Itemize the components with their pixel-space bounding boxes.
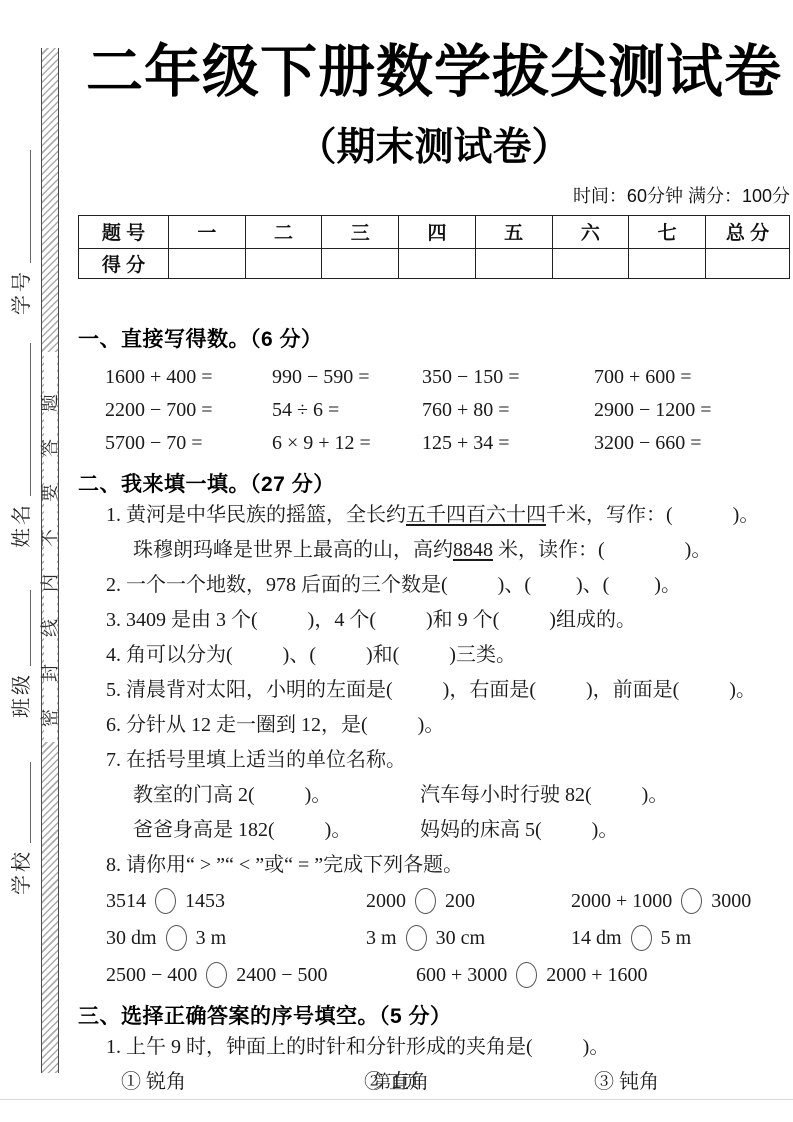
question-2-7: 7. 在括号里填上适当的单位名称。 — [78, 743, 790, 778]
question-text: 1. 黄河是中华民族的摇篮，全长约 — [106, 504, 406, 526]
seal-field-name: 姓名 — [10, 343, 34, 548]
comparison-item: 2500 − 400 2400 − 500 — [106, 957, 416, 994]
seal-field-student-number: 学号 — [10, 150, 34, 315]
score-table-header-row: 题 号 一 二 三 四 五 六 七 总 分 — [79, 215, 790, 248]
comparison-row-1: 3514 1453 2000 200 2000 + 1000 3000 — [78, 883, 790, 920]
comparison-item: 30 dm 3 m — [106, 920, 366, 957]
question-2-3: 3. 3409 是由 3 个( )，4 个( )和 9 个( )组成的。 — [78, 603, 790, 638]
question-text: 米，读作：( )。 — [493, 539, 711, 561]
score-blank-cell — [245, 248, 322, 278]
question-2-7-units-line1: 教室的门高 2( )。 汽车每小时行驶 82( )。 — [78, 778, 790, 813]
comparison-item: 2000 200 — [366, 883, 571, 920]
score-row-label: 得 分 — [79, 248, 169, 278]
score-table-score-row: 得 分 — [79, 248, 790, 278]
section2-heading: 二、我来填一填。（27 分） — [78, 468, 790, 498]
unit-fill-item: 妈妈的床高 5( )。 — [420, 813, 790, 848]
comparison-item: 3514 1453 — [106, 883, 366, 920]
question-2-2: 2. 一个一个地数，978 后面的三个数是( )、( )、( )。 — [78, 568, 790, 603]
question-text: 珠穆朗玛峰是世界上最高的山，高约 — [133, 539, 453, 561]
question-3-1: 1. 上午 9 时，钟面上的时针和分针形成的夹角是( )。 — [78, 1030, 790, 1065]
seal-line-text: 密封线内不要答题 — [44, 352, 57, 742]
exam-content: 二年级下册数学拔尖测试卷 （期末测试卷） 时间：60分钟 满分：100分 题 号… — [78, 0, 790, 1100]
score-table-header-cell: 三 — [322, 215, 399, 248]
exam-paper-page: 密封线内不要答题 学号 姓名 班级 学校 二年级下册数学拔尖测试卷 （期末测试卷… — [0, 0, 793, 1122]
score-table-header-cell: 五 — [475, 215, 552, 248]
comparison-right: 2400 − 500 — [231, 964, 327, 986]
comparison-circle-blank — [166, 925, 187, 951]
comparison-left: 3 m — [366, 927, 402, 949]
comparison-left: 30 dm — [106, 927, 162, 949]
comparison-item: 14 dm 5 m — [571, 920, 790, 957]
unit-fill-item: 爸爸身高是 182( )。 — [133, 813, 420, 848]
arithmetic-item: 700 + 600 = — [594, 361, 790, 394]
comparison-right: 30 cm — [431, 927, 485, 949]
comparison-item: 600 + 3000 2000 + 1600 — [416, 957, 790, 994]
exam-time-score-info: 时间：60分钟 满分：100分 — [78, 182, 790, 208]
score-blank-cell — [399, 248, 476, 278]
unit-fill-item: 汽车每小时行驶 82( )。 — [420, 778, 790, 813]
comparison-right: 200 — [440, 890, 475, 912]
page-number: 第1页 — [0, 1068, 793, 1094]
comparison-row-3: 2500 − 400 2400 − 500 600 + 3000 2000 + … — [78, 957, 790, 994]
comparison-circle-blank — [406, 925, 427, 951]
comparison-circle-blank — [516, 962, 537, 988]
comparison-item: 3 m 30 cm — [366, 920, 571, 957]
underlined-text: 五千四百六十四 — [406, 504, 546, 526]
seal-field-name-label: 姓名 — [5, 502, 34, 548]
seal-field-class-blank — [29, 590, 31, 666]
underlined-text: 8848 — [453, 539, 493, 561]
exam-subtitle: （期末测试卷） — [78, 116, 790, 172]
question-text: 千米，写作：( )。 — [546, 504, 759, 526]
comparison-left: 14 dm — [571, 927, 627, 949]
score-blank-cell — [322, 248, 399, 278]
comparison-circle-blank — [631, 925, 652, 951]
arithmetic-item: 5700 − 70 = — [105, 427, 272, 460]
seal-field-school: 学校 — [10, 762, 34, 895]
arithmetic-item: 3200 − 660 = — [594, 427, 790, 460]
comparison-right: 3 m — [191, 927, 227, 949]
section3-heading: 三、选择正确答案的序号填空。（5 分） — [78, 1000, 790, 1030]
unit-fill-item: 教室的门高 2( )。 — [133, 778, 420, 813]
comparison-circle-blank — [681, 888, 702, 914]
comparison-right: 5 m — [656, 927, 692, 949]
arithmetic-item: 2900 − 1200 = — [594, 394, 790, 427]
seal-field-student-number-label: 学号 — [5, 269, 34, 315]
comparison-circle-blank — [206, 962, 227, 988]
question-2-7-units-line2: 爸爸身高是 182( )。 妈妈的床高 5( )。 — [78, 813, 790, 848]
comparison-row-2: 30 dm 3 m 3 m 30 cm 14 dm 5 m — [78, 920, 790, 957]
score-table-header-cell: 二 — [245, 215, 322, 248]
exam-title: 二年级下册数学拔尖测试卷 — [78, 40, 790, 106]
comparison-circle-blank — [415, 888, 436, 914]
score-table-header-cell: 总 分 — [706, 215, 790, 248]
score-table-header-cell: 七 — [629, 215, 706, 248]
arithmetic-item: 125 + 34 = — [422, 427, 594, 460]
comparison-left: 600 + 3000 — [416, 964, 512, 986]
seal-field-school-blank — [29, 762, 31, 843]
page-bottom-rule — [0, 1099, 793, 1100]
score-blank-cell — [629, 248, 706, 278]
score-blank-cell — [706, 248, 790, 278]
question-2-4: 4. 角可以分为( )、( )和( )三类。 — [78, 638, 790, 673]
comparison-left: 2000 + 1000 — [571, 890, 677, 912]
score-blank-cell — [475, 248, 552, 278]
seal-field-class: 班级 — [10, 590, 34, 718]
score-blank-cell — [552, 248, 629, 278]
comparison-circle-blank — [155, 888, 176, 914]
arithmetic-item: 990 − 590 = — [272, 361, 422, 394]
score-table-header-cell: 四 — [399, 215, 476, 248]
comparison-item: 2000 + 1000 3000 — [571, 883, 790, 920]
question-2-6: 6. 分针从 12 走一圈到 12，是( )。 — [78, 708, 790, 743]
score-table-header-cell: 题 号 — [79, 215, 169, 248]
question-2-8: 8. 请你用“ > ”“ < ”或“ = ”完成下列各题。 — [78, 848, 790, 883]
comparison-left: 2000 — [366, 890, 411, 912]
arithmetic-item: 54 ÷ 6 = — [272, 394, 422, 427]
comparison-right: 3000 — [706, 890, 751, 912]
question-2-1-line2: 珠穆朗玛峰是世界上最高的山，高约8848 米，读作：( )。 — [78, 533, 790, 568]
seal-field-class-label: 班级 — [5, 672, 34, 718]
section1-arithmetic-grid: 1600 + 400 = 990 − 590 = 350 − 150 = 700… — [78, 361, 790, 460]
score-blank-cell — [169, 248, 246, 278]
arithmetic-item: 1600 + 400 = — [105, 361, 272, 394]
comparison-left: 2500 − 400 — [106, 964, 202, 986]
arithmetic-item: 6 × 9 + 12 = — [272, 427, 422, 460]
score-table: 题 号 一 二 三 四 五 六 七 总 分 得 分 — [78, 215, 790, 279]
comparison-right: 2000 + 1600 — [541, 964, 647, 986]
question-2-5: 5. 清晨背对太阳，小明的左面是( )，右面是( )，前面是( )。 — [78, 673, 790, 708]
arithmetic-item: 2200 − 700 = — [105, 394, 272, 427]
section1-heading: 一、直接写得数。（6 分） — [78, 323, 790, 353]
seal-field-school-label: 学校 — [5, 849, 34, 895]
comparison-left: 3514 — [106, 890, 151, 912]
score-table-header-cell: 六 — [552, 215, 629, 248]
question-2-1-line1: 1. 黄河是中华民族的摇篮，全长约五千四百六十四千米，写作：( )。 — [78, 498, 790, 533]
seal-field-student-number-blank — [29, 150, 31, 263]
score-table-header-cell: 一 — [169, 215, 246, 248]
seal-field-name-blank — [29, 343, 31, 496]
comparison-right: 1453 — [180, 890, 225, 912]
arithmetic-item: 350 − 150 = — [422, 361, 594, 394]
arithmetic-item: 760 + 80 = — [422, 394, 594, 427]
